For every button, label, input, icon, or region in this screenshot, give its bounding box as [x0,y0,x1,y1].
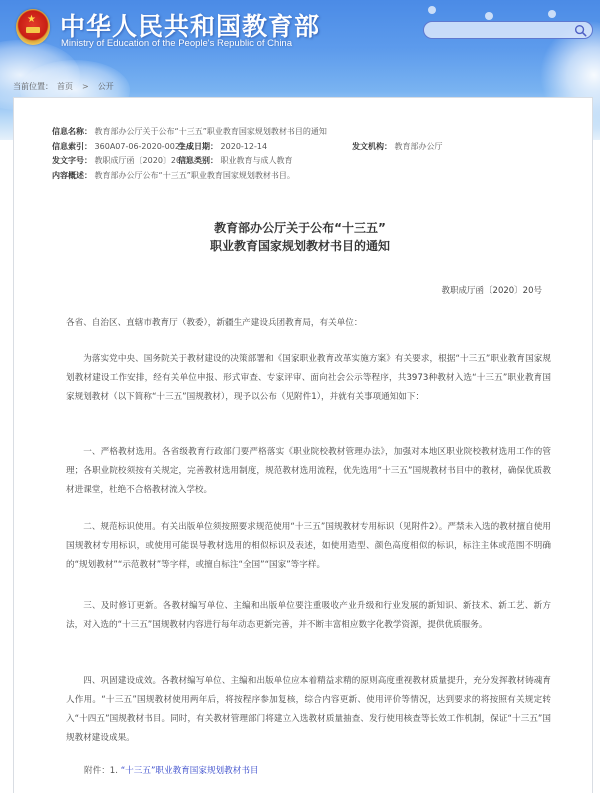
body-paragraph-3: 三、及时修订更新。各教材编写单位、主编和出版单位要注重吸收产业升级和行业发展的新… [66,597,551,635]
breadcrumb-public-link[interactable]: 公开 [98,81,114,92]
doc-number-label: 发文字号： [52,156,92,165]
breadcrumb-separator: > [82,82,89,91]
body-paragraph-1: 一、严格教材选用。各省级教育行政部门要严格落实《职业院校教材管理办法》，加强对本… [66,443,551,500]
paragraph-text: 四、巩固建设成效。各教材编写单位、主编和出版单位应本着精益求精的原则高度重视教材… [66,672,551,748]
paragraph-text: 二、规范标识使用。有关出版单位须按照要求规范使用“十三五”国规教材专用标识（见附… [66,518,551,575]
breadcrumb-label: 当前位置： [13,81,53,92]
site-subtitle: Ministry of Education of the People's Re… [61,38,292,49]
breadcrumb: 当前位置： 首页 > 公开 [13,81,114,92]
paragraph-text: 三、及时修订更新。各教材编写单位、主编和出版单位要注重吸收产业升级和行业发展的新… [66,597,551,635]
salutation: 各省、自治区、直辖市教育厅（教委），新疆生产建设兵团教育局，有关单位： [66,314,551,333]
document-metadata: 信息名称： 教育部办公厅关于公布“十三五”职业教育国家规划教材书目的通知 信息索… [52,125,327,183]
category-value: 职业教育与成人教育 [221,156,293,165]
issuer-label: 发文机构： [352,142,392,151]
attachment-line: 附件：1. “十三五”职业教育国家规划教材书目 [84,764,259,776]
search-box[interactable] [423,21,593,39]
paragraph-text: 一、严格教材选用。各省级教育行政部门要严格落实《职业院校教材管理办法》，加强对本… [66,443,551,500]
national-emblem-icon[interactable]: ★ [16,9,50,45]
document-title: 教育部办公厅关于公布“十三五” 职业教育国家规划教材书目的通知 [0,219,600,255]
body-paragraph-intro: 为落实党中央、国务院关于教材建设的决策部署和《国家职业教育改革实施方案》有关要求… [66,350,551,407]
search-icon[interactable] [574,24,587,37]
dandelion-seed-decoration [485,12,493,20]
summary-label: 内容概述： [52,171,92,180]
document-title-line1: 教育部办公厅关于公布“十三五” [0,219,600,237]
category-label: 信息类别： [178,156,218,165]
meta-row-summary: 内容概述： 教育部办公厅公布“十三五”职业教育国家规划教材书目。 [52,169,327,184]
document-number: 教职成厅函〔2020〕20号 [442,284,542,296]
issuer-value: 教育部办公厅 [395,142,443,151]
info-name-value: 教育部办公厅关于公布“十三五”职业教育国家规划教材书目的通知 [95,127,327,136]
paragraph-text: 为落实党中央、国务院关于教材建设的决策部署和《国家职业教育改革实施方案》有关要求… [66,350,551,407]
summary-value: 教育部办公厅公布“十三五”职业教育国家规划教材书目。 [95,171,295,180]
dandelion-seed-decoration [428,6,436,14]
body-paragraph-2: 二、规范标识使用。有关出版单位须按照要求规范使用“十三五”国规教材专用标识（见附… [66,518,551,575]
info-name-label: 信息名称： [52,127,92,136]
meta-row-doc-number: 发文字号： 教职成厅函〔2020〕20号 信息类别： 职业教育与成人教育 [52,154,327,169]
meta-row-info-name: 信息名称： 教育部办公厅关于公布“十三五”职业教育国家规划教材书目的通知 [52,125,327,140]
attachment-label: 附件：1. [84,766,121,776]
date-value: 2020-12-14 [221,142,268,151]
body-paragraph-4: 四、巩固建设成效。各教材编写单位、主编和出版单位应本着精益求精的原则高度重视教材… [66,672,551,748]
doc-number-value: 教职成厅函〔2020〕20号 [95,156,190,165]
breadcrumb-home-link[interactable]: 首页 [57,81,73,92]
date-label: 生成日期： [178,142,218,151]
meta-row-info-index: 信息索引： 360A07-06-2020-0022-1 生成日期： 2020-1… [52,140,327,155]
document-title-line2: 职业教育国家规划教材书目的通知 [0,237,600,255]
search-input[interactable] [432,23,572,37]
attachment-link[interactable]: “十三五”职业教育国家规划教材书目 [121,766,259,776]
dandelion-seed-decoration [548,10,556,18]
info-index-label: 信息索引： [52,142,92,151]
